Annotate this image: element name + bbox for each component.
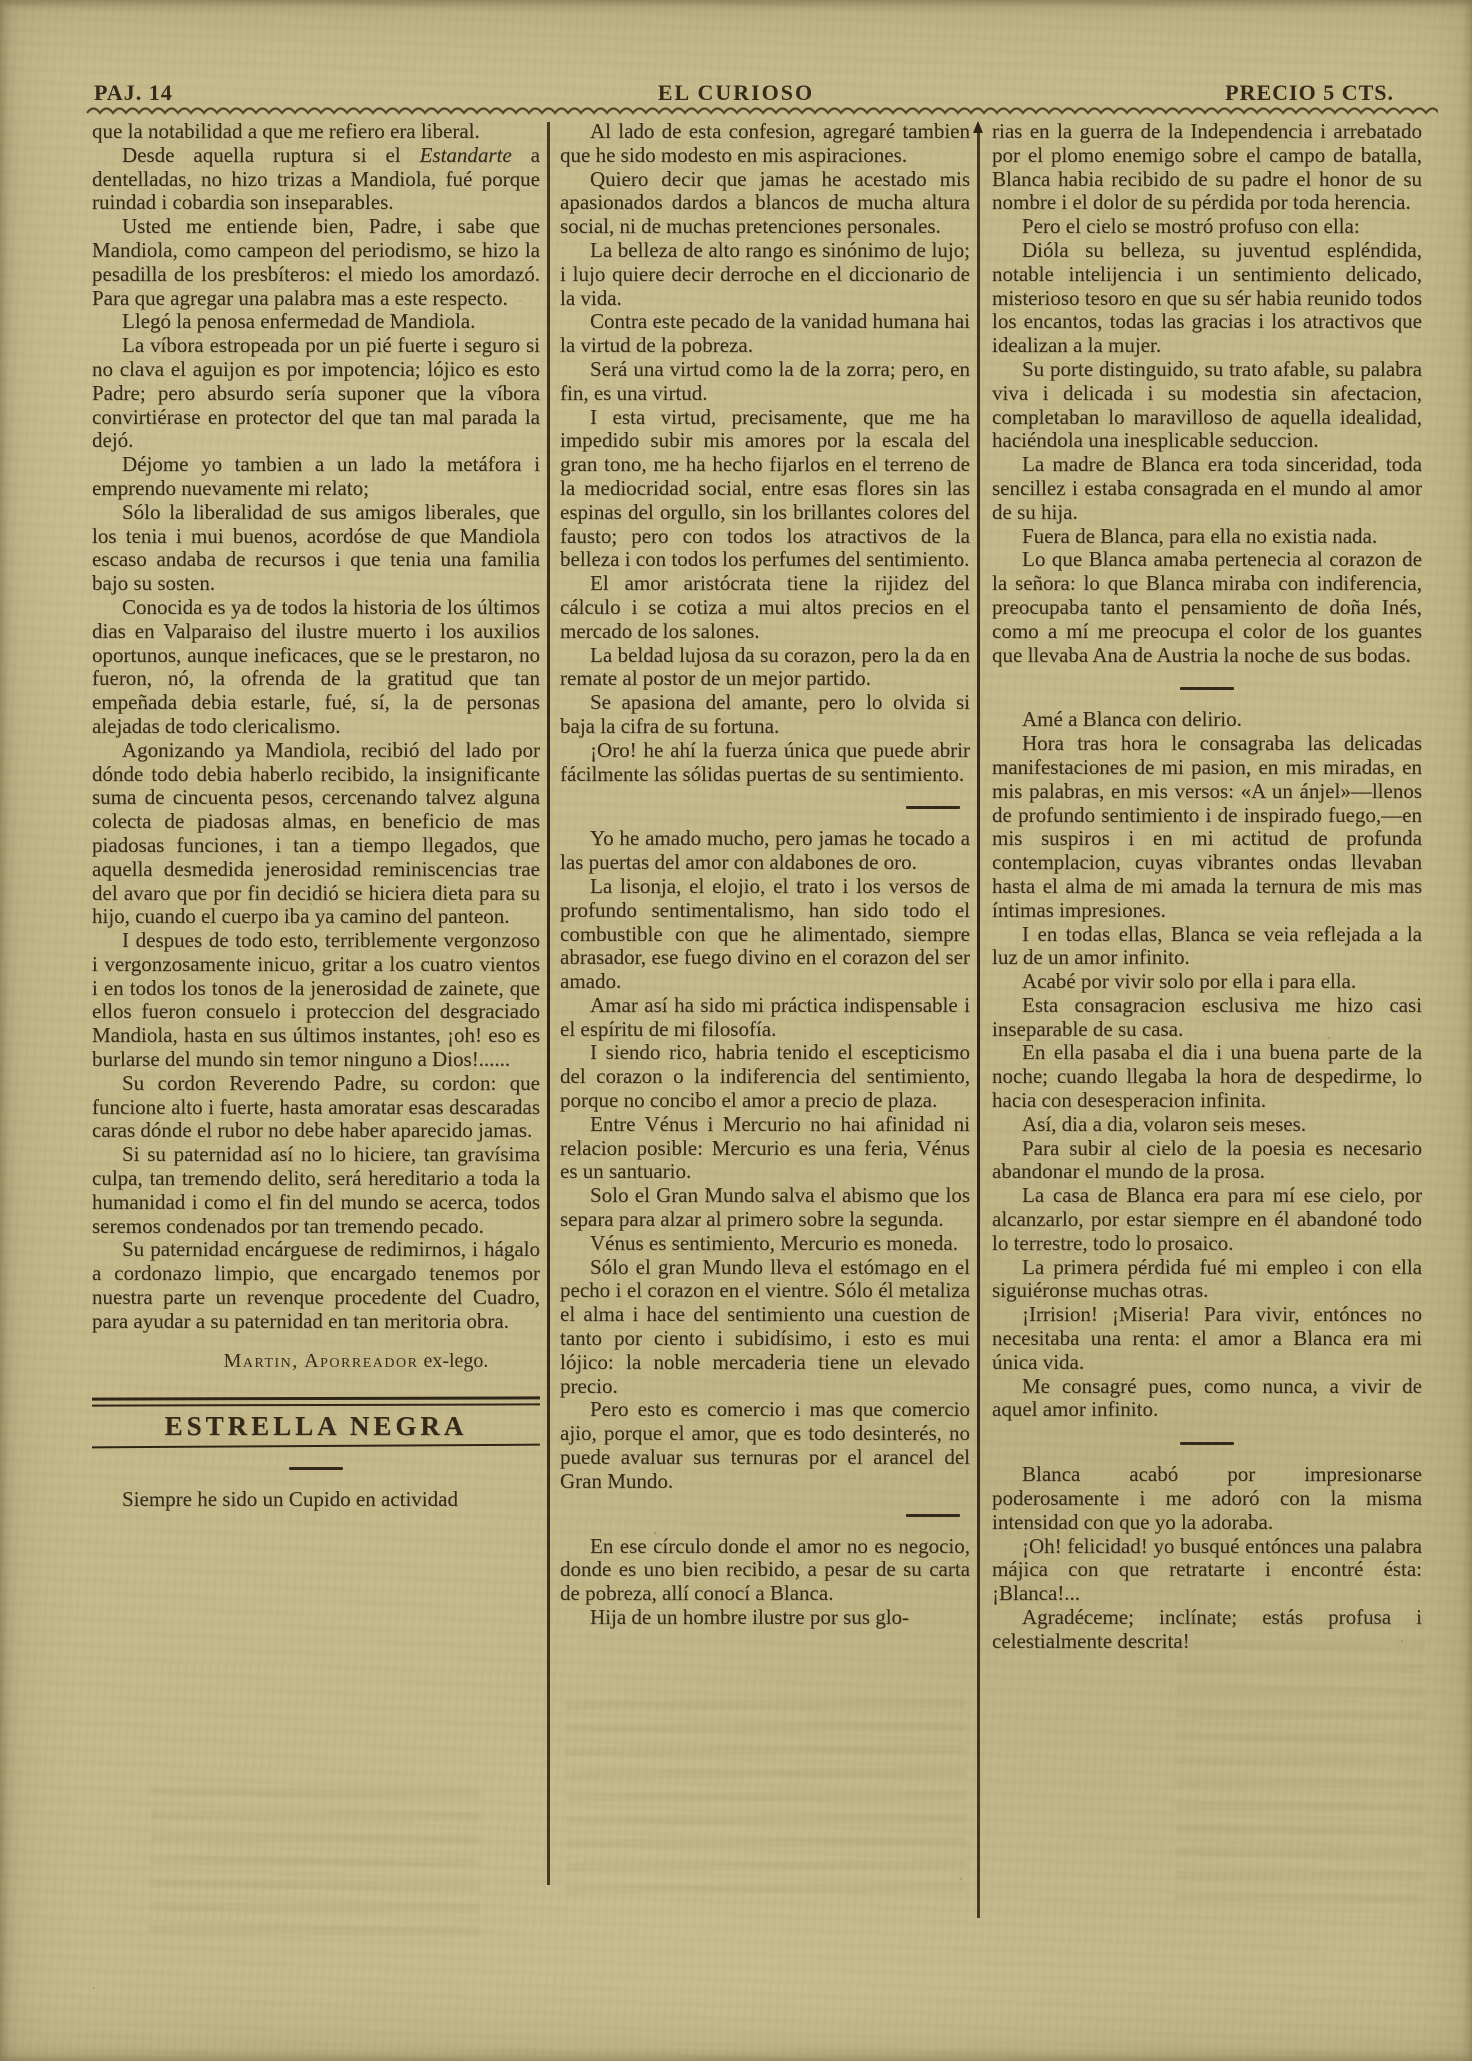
column-divider-2 [977,128,980,1918]
paragraph: Siempre he sido un Cupido en actividad [92,1488,540,1512]
ink-bleedthrough [1175,1617,1425,1918]
paragraph: Sólo la liberalidad de sus amigos libera… [92,501,540,596]
paragraph: Quiero decir que jamas he acestado mis a… [560,168,970,239]
section-separator [1180,1442,1234,1445]
article-heading: ESTRELLA NEGRA [92,1415,540,1439]
signature: Martin, Aporreador ex-lego. [92,1350,540,1374]
ink-bleedthrough [149,1787,480,1939]
paragraph: La lisonja, el elojio, el trato i los ve… [560,875,970,994]
paragraph: El amor aristócrata tiene la rijidez del… [560,572,970,643]
section-separator [289,1467,343,1470]
paragraph: rias en la guerra de la Independencia i … [992,120,1422,215]
paragraph: Amé a Blanca con delirio. [992,708,1422,732]
paragraph: Pero el cielo se mostró profuso con ella… [992,215,1422,239]
price-label: PRECIO 5 CTS. [1225,80,1394,106]
newspaper-page: PAJ. 14 EL CURIOSO PRECIO 5 CTS. que la … [0,0,1472,2061]
paragraph: Sólo el gran Mundo lleva el estómago en … [560,1256,970,1399]
paragraph: La primera pérdida fué mi empleo i con e… [992,1256,1422,1304]
paragraph: Agonizando ya Mandiola, recibió del lado… [92,739,540,929]
paragraph: Yo he amado mucho, pero jamas he tocado … [560,827,970,875]
column-1: que la notabilidad a que me refiero era … [92,120,540,1820]
paragraph: Acabé por vivir solo por ella i para ell… [992,970,1422,994]
paragraph: Solo el Gran Mundo salva el abismo que l… [560,1184,970,1232]
rule [92,1444,540,1449]
paragraph: I despues de todo esto, terriblemente ve… [92,929,540,1072]
paragraph: que la notabilidad a que me refiero era … [92,120,540,144]
paragraph: I en todas ellas, Blanca se veia refleja… [992,923,1422,971]
paragraph: Entre Vénus i Mercurio no hai afinidad n… [560,1113,970,1184]
paragraph: Su paternidad encárguese de redimirnos, … [92,1238,540,1333]
paragraph: Llegó la penosa enfermedad de Mandiola. [92,310,540,334]
paragraph: I esta virtud, precisamente, que me ha i… [560,406,970,573]
paragraph: La madre de Blanca era toda sinceridad, … [992,453,1422,524]
paragraph: La beldad lujosa da su corazon, pero la … [560,644,970,692]
paragraph: La belleza de alto rango es sinónimo de … [560,239,970,310]
paragraph: Pero esto es comercio i mas que comercio… [560,1398,970,1493]
paragraph: Desde aquella ruptura si el Estandarte a… [92,144,540,215]
paragraph: Para subir al cielo de la poesia es nece… [992,1137,1422,1185]
paragraph: Vénus es sentimiento, Mercurio es moneda… [560,1232,970,1256]
paragraph: La casa de Blanca era para mí ese cielo,… [992,1184,1422,1255]
paragraph: En ella pasaba el dia i una buena parte … [992,1041,1422,1112]
ink-bleedthrough [565,1699,966,1896]
paragraph: Hora tras hora le consagraba las delicad… [992,732,1422,922]
paragraph: Fuera de Blanca, para ella no existia na… [992,525,1422,549]
section-separator [906,806,960,809]
paragraph: Al lado de esta confesion, agregaré tamb… [560,120,970,168]
paragraph: Déjome yo tambien a un lado la metáfora … [92,453,540,501]
paragraph: ¡Oh! felicidad! yo busqué entónces una p… [992,1535,1422,1606]
paragraph: En ese círculo donde el amor no es negoc… [560,1535,970,1606]
paragraph: Usted me entiende bien, Padre, i sabe qu… [92,215,540,310]
paragraph: Amar así ha sido mi práctica indispensab… [560,994,970,1042]
paragraph: Su porte distinguido, su trato afable, s… [992,358,1422,453]
paragraph: I siendo rico, habria tenido el esceptic… [560,1041,970,1112]
paragraph: Será una virtud como la de la zorra; per… [560,358,970,406]
paragraph: Así, dia a dia, volaron seis meses. [992,1113,1422,1137]
paragraph: Esta consagracion esclusiva me hizo casi… [992,994,1422,1042]
section-separator [1180,687,1234,690]
paragraph: Contra este pecado de la vanidad humana … [560,310,970,358]
signature-name: Martin, Aporreador [224,1350,419,1372]
paragraph: Lo que Blanca amaba pertenecia al corazo… [992,548,1422,667]
paragraph: Dióla su belleza, su juventud espléndida… [992,239,1422,358]
paragraph: Su cordon Reverendo Padre, su cordon: qu… [92,1072,540,1143]
paragraph: Blanca acabó por impresionarse poderosam… [992,1463,1422,1534]
paragraph: Hija de un hombre ilustre por sus glo- [560,1606,970,1630]
paragraph: La víbora estropeada por un pié fuerte i… [92,334,540,453]
double-rule [92,1397,540,1407]
italic-text: Estandarte [420,143,512,167]
column-divider-1 [547,122,550,1885]
paragraph: Me consagré pues, como nunca, a vivir de… [992,1375,1422,1423]
column-2: Al lado de esta confesion, agregaré tamb… [560,120,970,1920]
paragraph: Conocida es ya de todos la historia de l… [92,596,540,739]
paragraph: Si su paternidad así no lo hiciere, tan … [92,1143,540,1238]
paragraph: ¡Irrision! ¡Miseria! Para vivir, entónce… [992,1303,1422,1374]
section-separator [906,1514,960,1517]
paragraph: ¡Oro! he ahí la fuerza única que puede a… [560,739,970,787]
paragraph: Se apasiona del amante, pero lo olvida s… [560,691,970,739]
wavy-rule [86,104,1438,118]
